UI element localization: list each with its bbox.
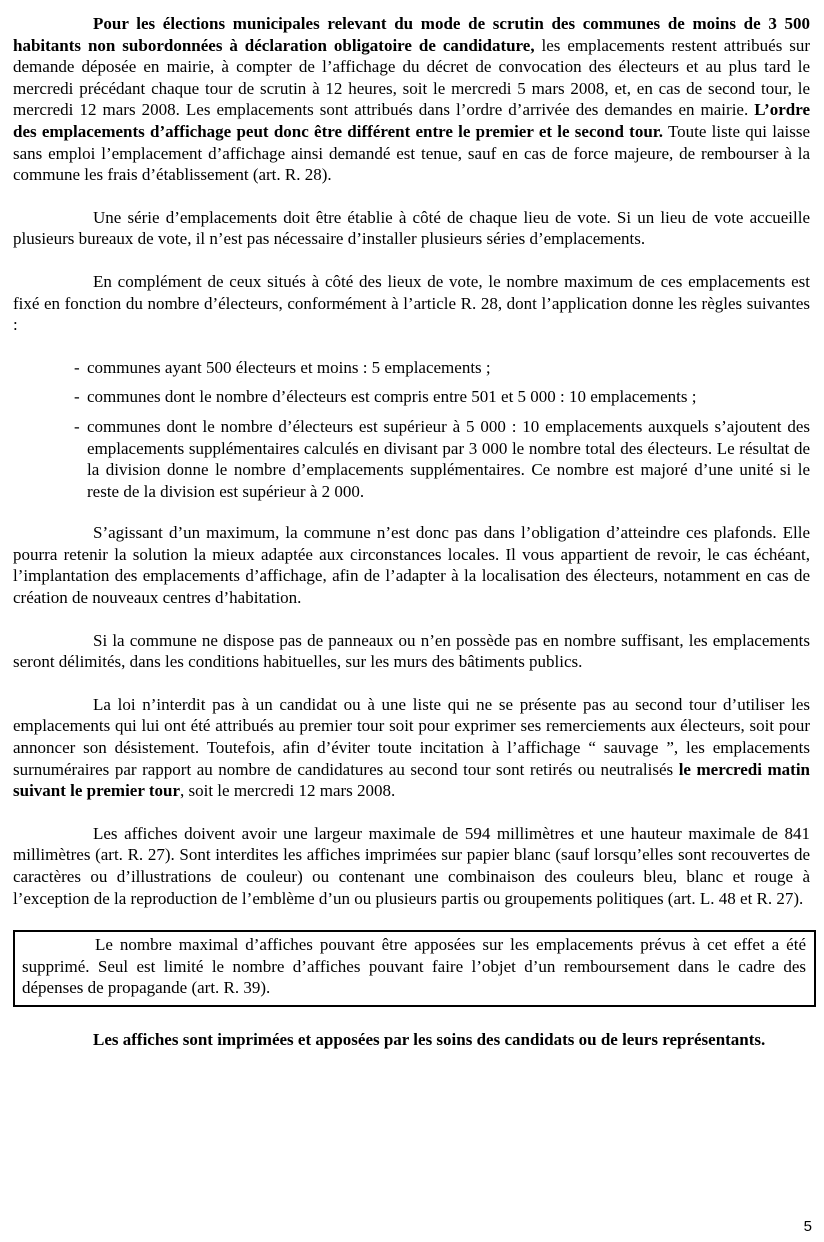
list-item-superieur-5000-electeurs: -communes dont le nombre d’électeurs est… [87, 416, 810, 502]
dash-bullet: - [74, 386, 80, 408]
list-item-501-5000-electeurs: -communes dont le nombre d’électeurs est… [87, 386, 810, 408]
document-body: Pour les élections municipales relevant … [13, 13, 810, 1051]
list-item-500-electeurs: -communes ayant 500 électeurs et moins :… [87, 357, 810, 379]
page-number: 5 [804, 1216, 812, 1238]
paragraph-panneaux-murs: Si la commune ne dispose pas de panneaux… [13, 630, 810, 673]
paragraph-nombre-maximal-affiches: Le nombre maximal d’affiches pouvant êtr… [22, 934, 806, 999]
document-page: Pour les élections municipales relevant … [0, 0, 824, 1242]
paragraph-plafonds-maximum: S’agissant d’un maximum, la commune n’es… [13, 522, 810, 608]
paragraph-nombre-maximum: En complément de ceux situés à côté des … [13, 271, 810, 336]
list-item-text: communes dont le nombre d’électeurs est … [87, 387, 696, 406]
text-run: , soit le mercredi 12 mars 2008. [180, 781, 395, 800]
dash-bullet: - [74, 416, 80, 438]
paragraph-dimensions-affiches: Les affiches doivent avoir une largeur m… [13, 823, 810, 909]
list-item-text: communes ayant 500 électeurs et moins : … [87, 358, 491, 377]
dash-bullet: - [74, 357, 80, 379]
rules-list: -communes ayant 500 électeurs et moins :… [13, 357, 810, 503]
list-item-text: communes dont le nombre d’électeurs est … [87, 417, 810, 501]
framed-note-box: Le nombre maximal d’affiches pouvant êtr… [13, 930, 816, 1007]
paragraph-serie-emplacements: Une série d’emplacements doit être établ… [13, 207, 810, 250]
paragraph-affiches-imprimees: Les affiches sont imprimées et apposées … [13, 1029, 810, 1051]
paragraph-attribution-emplacements: Pour les élections municipales relevant … [13, 13, 810, 186]
paragraph-second-tour-affichage: La loi n’interdit pas à un candidat ou à… [13, 694, 810, 802]
